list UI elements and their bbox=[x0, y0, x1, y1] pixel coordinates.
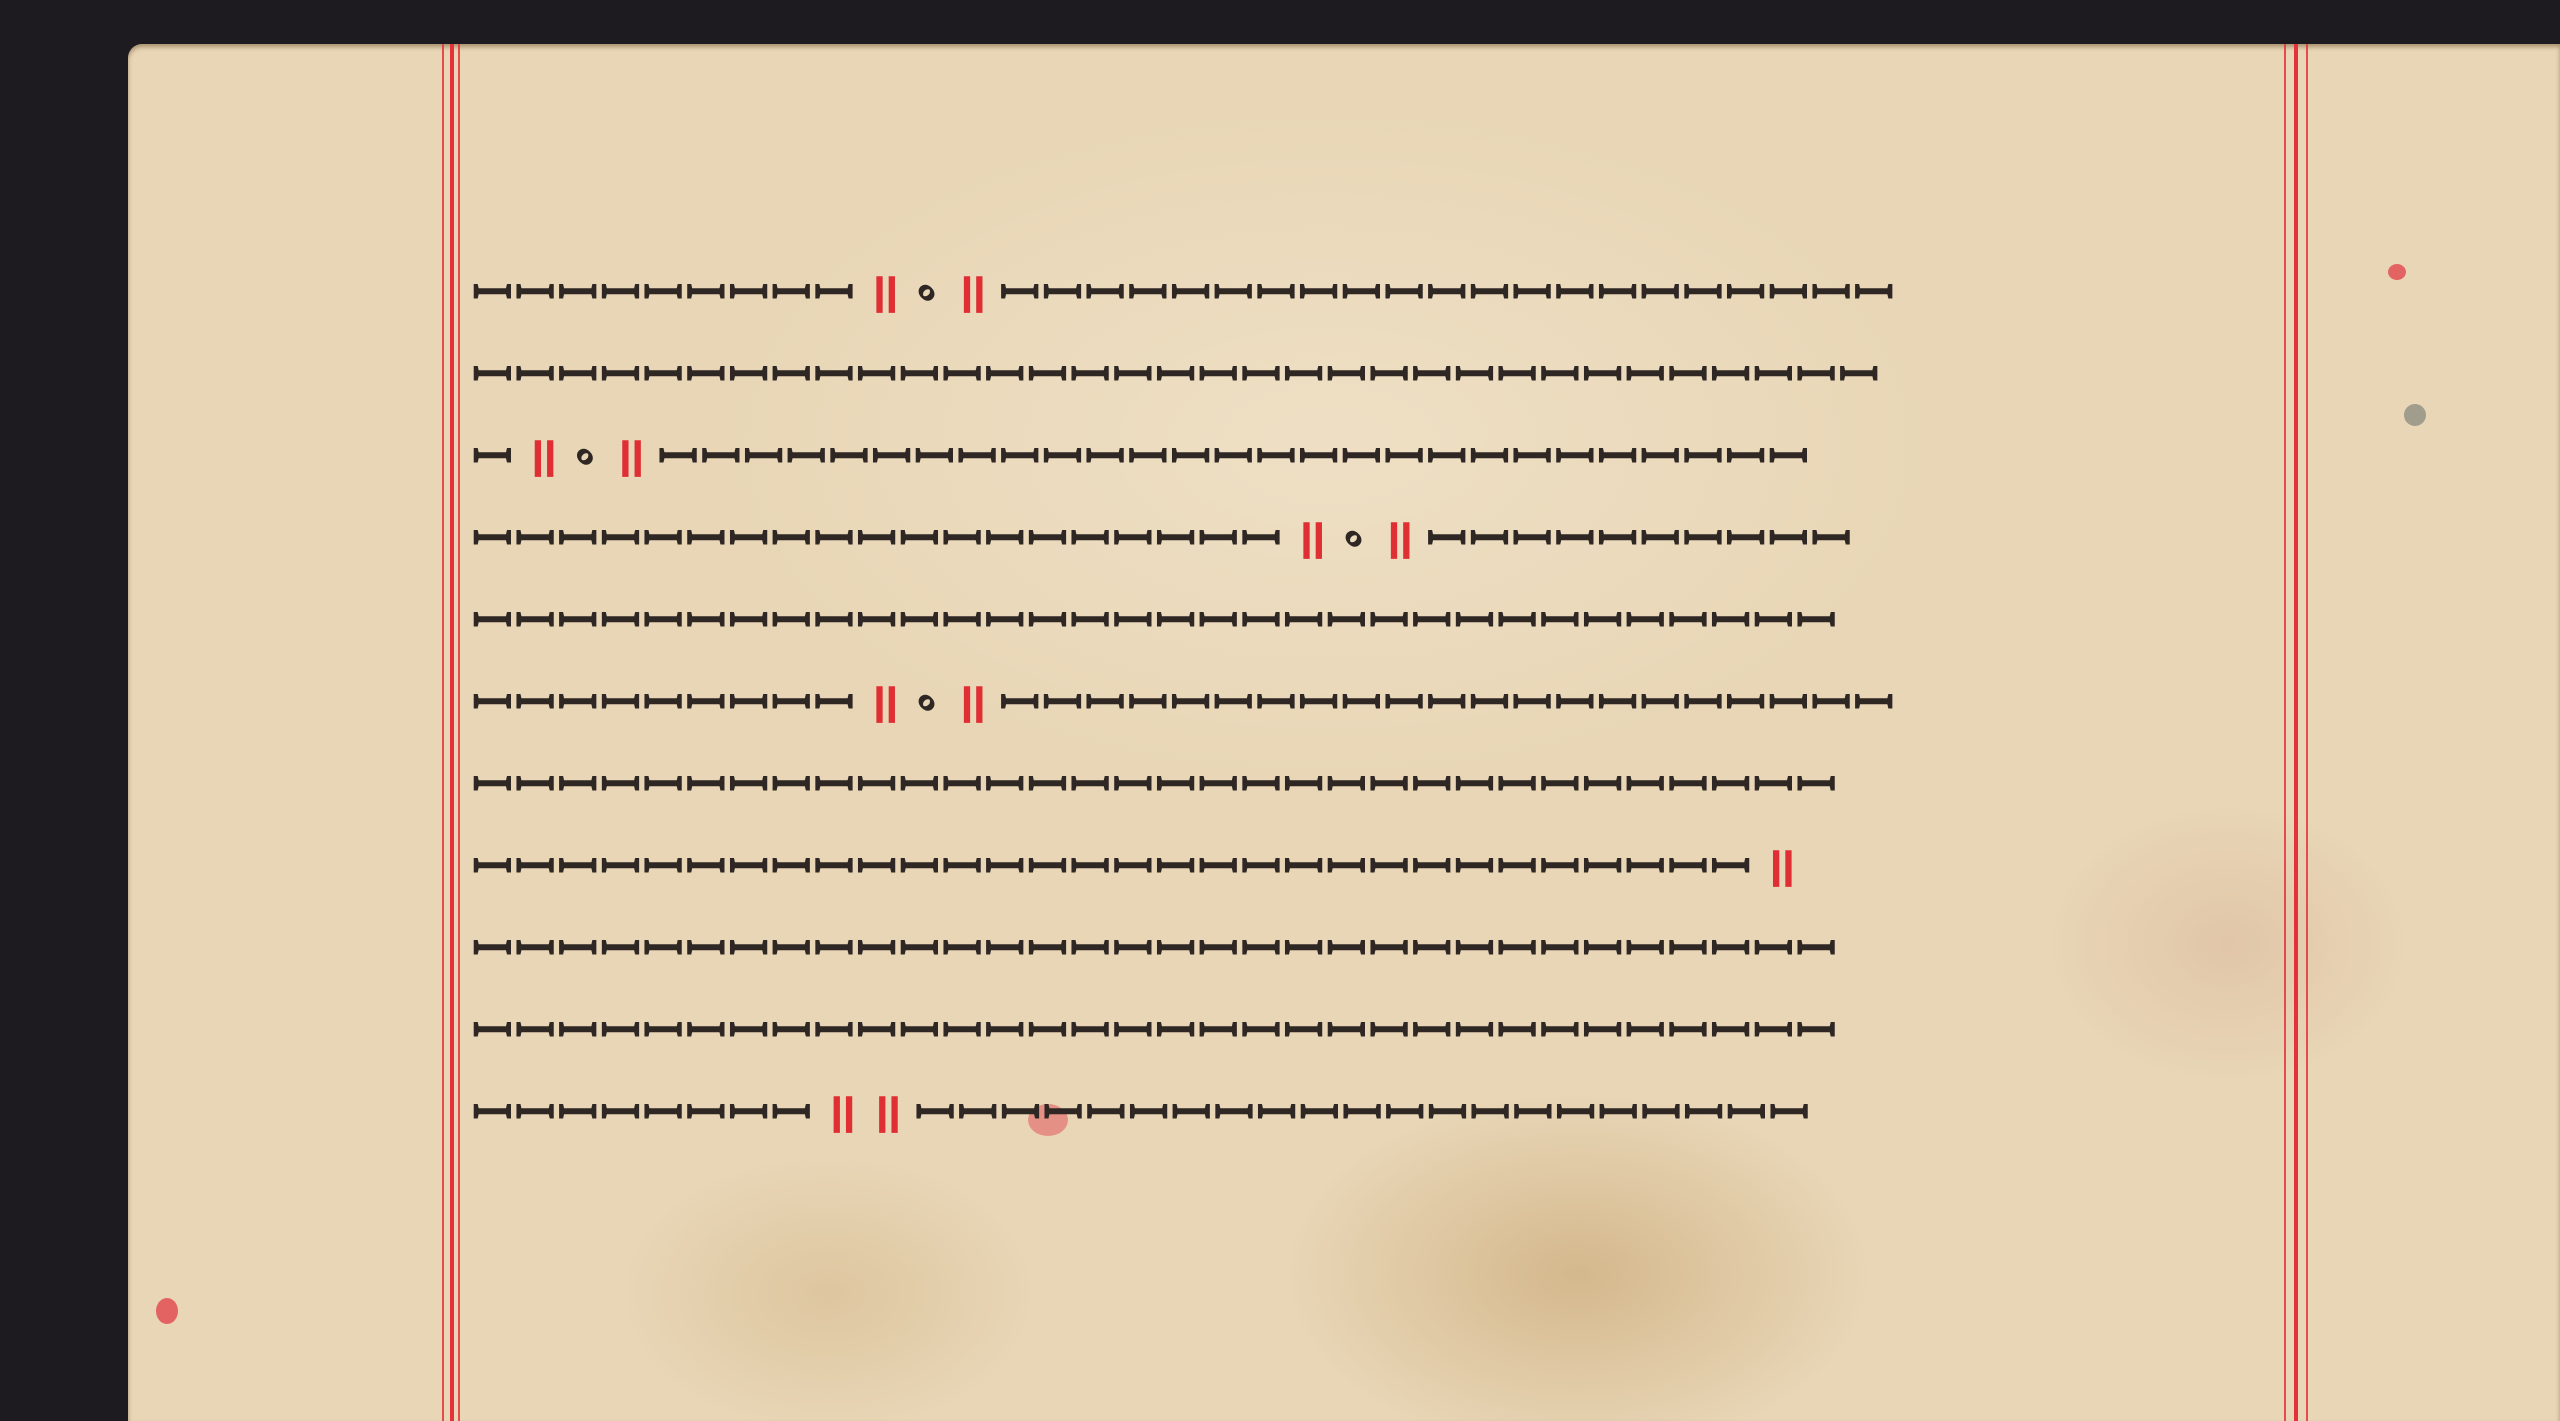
red-double-danda: ॥ bbox=[954, 663, 990, 739]
red-double-danda: ॥ bbox=[824, 1073, 860, 1149]
script-run: ꟷꟷꟷꟷꟷꟷꟷꟷꟷ bbox=[472, 257, 856, 325]
script-run: ꟷꟷꟷꟷꟷꟷꟷꟷꟷꟷꟷꟷꟷꟷꟷꟷꟷꟷꟷꟷꟷꟷꟷꟷꟷꟷꟷꟷꟷꟷ bbox=[472, 831, 1753, 899]
text-line: ꟷꟷꟷꟷꟷꟷꟷꟷꟷꟷꟷꟷꟷꟷꟷꟷꟷꟷꟷꟷꟷꟷꟷꟷꟷꟷꟷꟷꟷꟷꟷꟷ bbox=[472, 906, 2282, 988]
red-double-danda: ॥ bbox=[954, 253, 990, 329]
script-run: ꟷꟷꟷꟷꟷꟷꟷꟷꟷꟷꟷꟷꟷꟷꟷꟷꟷꟷꟷꟷꟷꟷꟷꟷꟷꟷꟷꟷꟷꟷꟷꟷ bbox=[472, 585, 1838, 653]
text-line: ꟷꟷꟷꟷꟷꟷꟷꟷꟷꟷꟷꟷꟷꟷꟷꟷꟷꟷꟷꟷꟷꟷꟷꟷꟷꟷꟷꟷꟷꟷꟷꟷ bbox=[472, 742, 2282, 824]
left-margin-rule bbox=[450, 44, 454, 1421]
right-margin-rule bbox=[2284, 44, 2286, 1421]
script-run: ꟷꟷꟷꟷꟷꟷꟷꟷꟷꟷꟷꟷꟷꟷꟷꟷꟷꟷꟷꟷꟷ bbox=[915, 1077, 1812, 1145]
left-margin-rule bbox=[442, 44, 444, 1421]
script-run: ꟷꟷꟷꟷꟷꟷꟷꟷꟷꟷꟷꟷꟷꟷꟷꟷꟷꟷꟷꟷꟷꟷꟷꟷꟷꟷꟷꟷꟷꟷꟷꟷ bbox=[472, 913, 1838, 981]
script-run: ꟷꟷꟷꟷꟷꟷꟷꟷꟷꟷꟷꟷꟷꟷꟷꟷꟷꟷꟷꟷꟷꟷꟷꟷꟷꟷꟷ bbox=[658, 421, 1811, 489]
red-double-danda: ॥ bbox=[866, 253, 902, 329]
text-line: ꟷꟷꟷꟷꟷꟷꟷꟷꟷꟷꟷꟷꟷꟷꟷꟷꟷꟷꟷꟷꟷꟷꟷꟷꟷꟷꟷꟷꟷꟷꟷꟷ bbox=[472, 578, 2282, 660]
text-line: ꟷꟷꟷꟷꟷꟷꟷꟷꟷ ॥ ꠶ ॥ ꟷꟷꟷꟷꟷꟷꟷꟷꟷꟷꟷꟷꟷꟷꟷꟷꟷꟷꟷꟷꟷ bbox=[472, 250, 2282, 332]
text-line: ꟷꟷꟷꟷꟷꟷꟷꟷꟷꟷꟷꟷꟷꟷꟷꟷꟷꟷꟷꟷꟷꟷꟷꟷꟷꟷꟷꟷꟷꟷꟷꟷꟷ bbox=[472, 332, 2282, 414]
red-double-danda: ॥ bbox=[869, 1073, 905, 1149]
right-margin-rule bbox=[2306, 44, 2308, 1421]
script-run: ꟷꟷꟷꟷꟷꟷꟷꟷꟷꟷꟷꟷꟷꟷꟷꟷꟷꟷꟷ bbox=[472, 503, 1283, 571]
script-run: ꟷꟷꟷꟷꟷꟷꟷꟷꟷꟷꟷꟷꟷꟷꟷꟷꟷꟷꟷꟷꟷ bbox=[999, 667, 1896, 735]
script-run: ꟷꟷꟷꟷꟷꟷꟷꟷꟷꟷꟷꟷꟷꟷꟷꟷꟷꟷꟷꟷꟷ bbox=[999, 257, 1896, 325]
red-double-danda: ॥ bbox=[866, 663, 902, 739]
red-double-danda: ॥ bbox=[525, 417, 561, 493]
manuscript-text-block: ꟷꟷꟷꟷꟷꟷꟷꟷꟷ ॥ ꠶ ॥ ꟷꟷꟷꟷꟷꟷꟷꟷꟷꟷꟷꟷꟷꟷꟷꟷꟷꟷꟷꟷꟷ ꟷꟷ… bbox=[472, 250, 2282, 1152]
red-ink-stain bbox=[156, 1298, 178, 1324]
verse-number: ꠶ bbox=[570, 426, 602, 485]
text-line: ꟷꟷꟷꟷꟷꟷꟷꟷꟷꟷꟷꟷꟷꟷꟷꟷꟷꟷꟷꟷꟷꟷꟷꟷꟷꟷꟷꟷꟷꟷꟷꟷ bbox=[472, 988, 2282, 1070]
script-run: ꟷꟷꟷꟷꟷꟷꟷꟷꟷꟷꟷꟷꟷꟷꟷꟷꟷꟷꟷꟷꟷꟷꟷꟷꟷꟷꟷꟷꟷꟷꟷꟷꟷ bbox=[472, 339, 1881, 407]
dark-spot bbox=[2404, 404, 2426, 426]
verse-number: ꠶ bbox=[1339, 508, 1371, 567]
text-line: ꟷꟷꟷꟷꟷꟷꟷꟷꟷ ॥ ꠶ ॥ ꟷꟷꟷꟷꟷꟷꟷꟷꟷꟷꟷꟷꟷꟷꟷꟷꟷꟷꟷꟷꟷ bbox=[472, 660, 2282, 742]
red-double-danda: ॥ bbox=[612, 417, 648, 493]
red-double-danda: ॥ bbox=[1293, 499, 1329, 575]
script-run: ꟷꟷꟷꟷꟷꟷꟷꟷꟷꟷ bbox=[1426, 503, 1853, 571]
red-double-danda: ॥ bbox=[1763, 827, 1799, 903]
left-margin-rule bbox=[458, 44, 460, 1421]
script-run: ꟷꟷꟷꟷꟷꟷꟷꟷꟷꟷꟷꟷꟷꟷꟷꟷꟷꟷꟷꟷꟷꟷꟷꟷꟷꟷꟷꟷꟷꟷꟷꟷ bbox=[472, 995, 1838, 1063]
verse-number: ꠶ bbox=[912, 262, 944, 321]
script-run: ꟷꟷꟷꟷꟷꟷꟷꟷꟷ bbox=[472, 667, 856, 735]
text-line: ꟷꟷꟷꟷꟷꟷꟷꟷꟷꟷꟷꟷꟷꟷꟷꟷꟷꟷꟷ ॥ ꠶ ॥ ꟷꟷꟷꟷꟷꟷꟷꟷꟷꟷ bbox=[472, 496, 2282, 578]
right-margin-rule bbox=[2294, 44, 2298, 1421]
verse-number: ꠶ bbox=[912, 672, 944, 731]
red-ink-stain bbox=[2388, 264, 2406, 280]
red-double-danda: ॥ bbox=[1381, 499, 1417, 575]
text-line: ꟷ ॥ ꠶ ॥ ꟷꟷꟷꟷꟷꟷꟷꟷꟷꟷꟷꟷꟷꟷꟷꟷꟷꟷꟷꟷꟷꟷꟷꟷꟷꟷꟷ bbox=[472, 414, 2282, 496]
script-run: ꟷ bbox=[472, 421, 515, 489]
script-run: ꟷꟷꟷꟷꟷꟷꟷꟷ bbox=[472, 1077, 814, 1145]
script-run: ꟷꟷꟷꟷꟷꟷꟷꟷꟷꟷꟷꟷꟷꟷꟷꟷꟷꟷꟷꟷꟷꟷꟷꟷꟷꟷꟷꟷꟷꟷꟷꟷ bbox=[472, 749, 1838, 817]
text-line: ꟷꟷꟷꟷꟷꟷꟷꟷ ॥ ॥ ꟷꟷꟷꟷꟷꟷꟷꟷꟷꟷꟷꟷꟷꟷꟷꟷꟷꟷꟷꟷꟷ bbox=[472, 1070, 2282, 1152]
text-line: ꟷꟷꟷꟷꟷꟷꟷꟷꟷꟷꟷꟷꟷꟷꟷꟷꟷꟷꟷꟷꟷꟷꟷꟷꟷꟷꟷꟷꟷꟷ ॥ bbox=[472, 824, 2282, 906]
